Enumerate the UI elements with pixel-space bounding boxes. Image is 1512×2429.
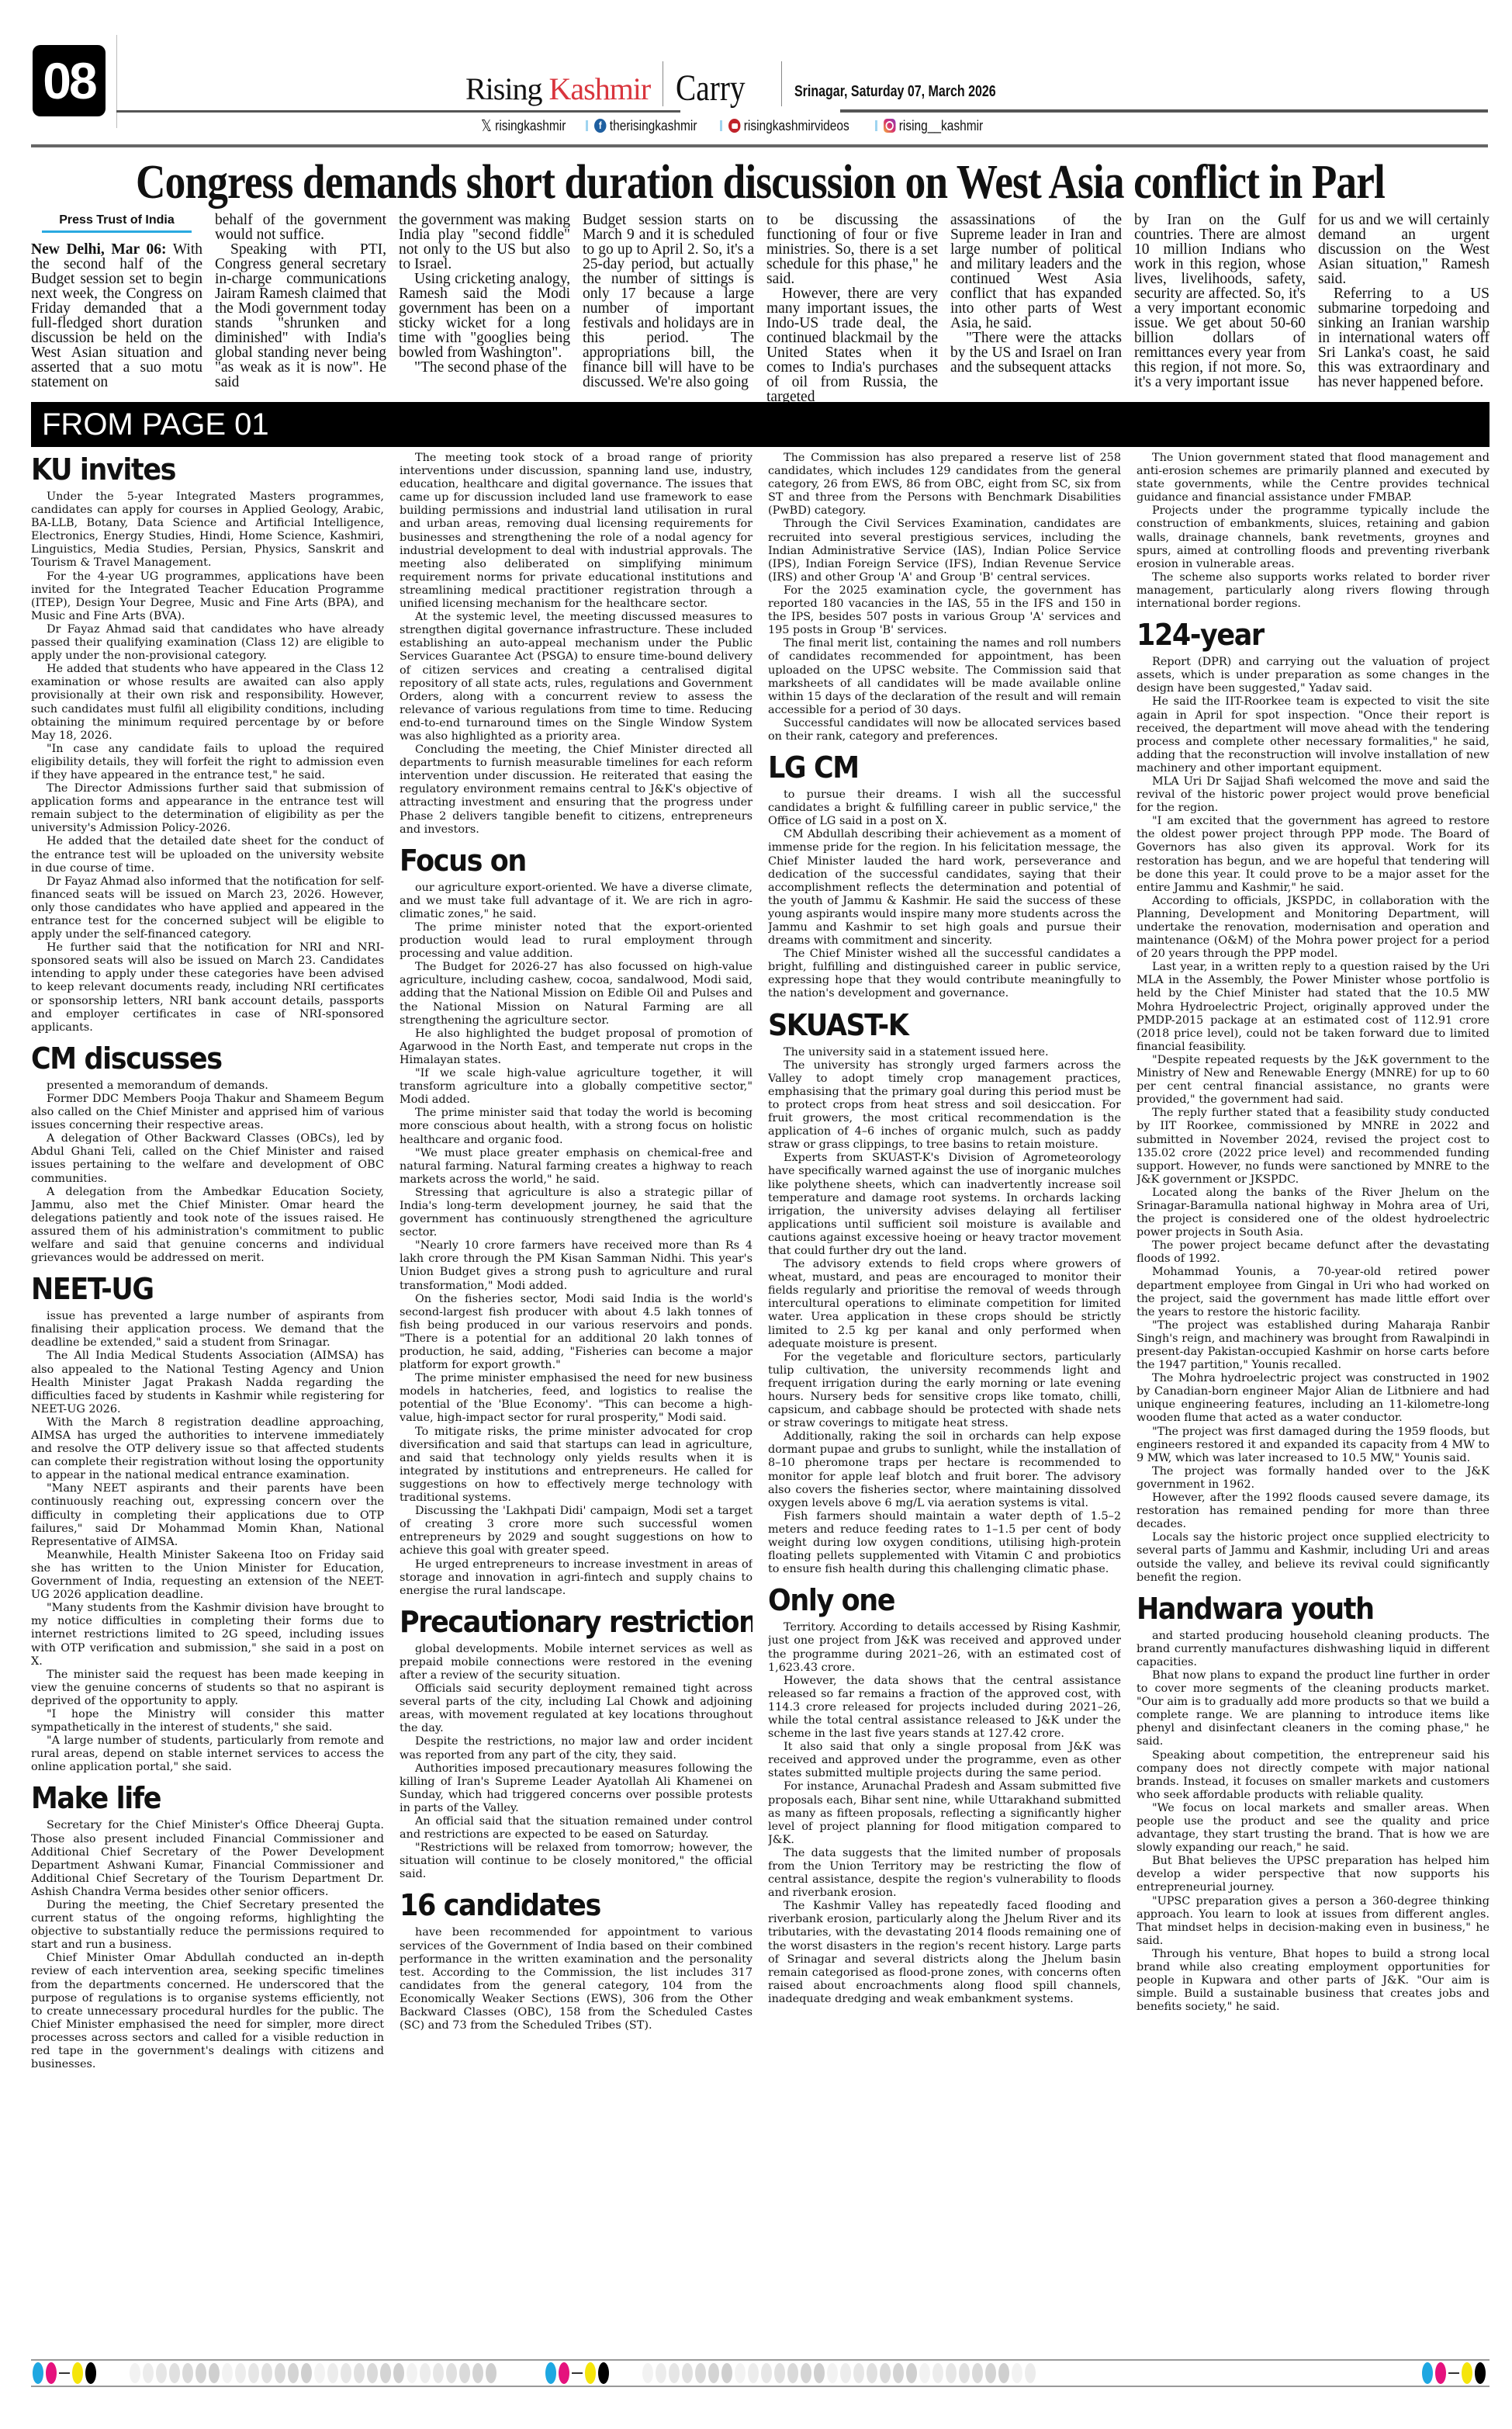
lead-column: by Iran on the Gulf countries. There are… — [1134, 213, 1306, 404]
tint-swatch — [354, 2363, 365, 2383]
paragraph: Stressing that agriculture is also a str… — [400, 1187, 753, 1239]
tint-swatch — [840, 2363, 851, 2383]
paragraph: Fish farmers should maintain a water dep… — [768, 1510, 1121, 1576]
tint-swatch — [972, 2363, 983, 2383]
paragraph: For the vegetable and floriculture secto… — [768, 1351, 1121, 1431]
social-handle: rising__kashmir — [899, 118, 983, 134]
registration-mark — [1448, 2372, 1459, 2374]
x-icon: 𝕏 — [481, 116, 492, 135]
tint-swatch — [695, 2363, 706, 2383]
paragraph: presented a memorandum of demands. — [31, 1079, 384, 1093]
paragraph: Last year, in a written reply to a quest… — [1137, 961, 1490, 1054]
paragraph: With the second half of the Budget sessi… — [31, 241, 202, 390]
social-handle: therisingkashmir — [610, 118, 697, 134]
registration-mark — [59, 2372, 70, 2374]
paragraph: The reply further stated that a feasibil… — [1137, 1107, 1490, 1187]
tint-swatch — [393, 2363, 404, 2383]
tint-swatch — [486, 2363, 497, 2383]
paragraph: The Commission has also prepared a reser… — [768, 452, 1121, 518]
lead-column: to be discussing the functioning of four… — [766, 213, 938, 404]
paragraph: To mitigate risks, the prime minister ad… — [400, 1426, 753, 1506]
tint-swatch — [169, 2363, 180, 2383]
story-subheading: Handwara youth — [1137, 1591, 1462, 1627]
tint-swatch — [248, 2363, 259, 2383]
tint-swatch — [327, 2363, 338, 2383]
tint-swatch — [288, 2363, 299, 2383]
registration-mark — [572, 2372, 583, 2374]
paragraph: The prime minister emphasised the need f… — [400, 1372, 753, 1425]
paragraph: The Mohra hydroelectric project was cons… — [1137, 1372, 1490, 1425]
paragraph: "We focus on local markets and smaller a… — [1137, 1802, 1490, 1855]
tint-swatch — [222, 2363, 233, 2383]
paragraph: for us and we will certainly demand an u… — [1318, 213, 1490, 286]
color-swatch — [85, 2362, 96, 2384]
paragraph: He added that students who have appeared… — [31, 663, 384, 743]
divider — [116, 110, 680, 113]
page-number-badge: 08 — [33, 45, 106, 116]
paragraph: our agriculture export-oriented. We have… — [400, 882, 753, 921]
paragraph: It also said that only a single proposal… — [768, 1741, 1121, 1780]
tint-swatch — [380, 2363, 391, 2383]
tint-swatch — [761, 2363, 772, 2383]
tint-swatch — [867, 2363, 877, 2383]
tint-swatch — [367, 2363, 378, 2383]
story-subheading: CM discusses — [31, 1041, 356, 1076]
byline: Press Trust of India — [42, 213, 192, 233]
paragraph: Additionally, raking the soil in orchard… — [768, 1430, 1121, 1510]
tint-swatch — [708, 2363, 719, 2383]
brand-name-part2: Kashmir — [548, 71, 650, 106]
brand-name-part1: Rising — [465, 71, 541, 106]
paragraph: "Nearly 10 crore farmers have received m… — [400, 1239, 753, 1292]
paragraph: The data suggests that the limited numbe… — [768, 1847, 1121, 1900]
instagram-icon — [884, 119, 895, 133]
story-subheading: NEET-UG — [31, 1271, 356, 1307]
paragraph: For the 4-year UG programmes, applicatio… — [31, 570, 384, 623]
paragraph: Using cricketing analogy, Ramesh said th… — [399, 272, 570, 360]
paragraph: "Despite repeated requests by the J&K go… — [1137, 1054, 1490, 1107]
paragraph: "The project was established during Maha… — [1137, 1319, 1490, 1372]
divider — [586, 120, 588, 131]
paragraph: An official said that the situation rema… — [400, 1815, 753, 1842]
tint-swatch — [669, 2363, 680, 2383]
story-subheading: Focus on — [400, 843, 725, 878]
paragraph: global developments. Mobile internet ser… — [400, 1643, 753, 1682]
story-subheading: Make life — [31, 1780, 356, 1816]
paragraph: Meanwhile, Health Minister Sakeena Itoo … — [31, 1549, 384, 1602]
paragraph: "Many students from the Kashmir division… — [31, 1602, 384, 1668]
paragraph: The prime minister said that today the w… — [400, 1107, 753, 1146]
divider — [31, 144, 1488, 147]
paragraph: and started producing household cleaning… — [1137, 1630, 1490, 1669]
paragraph: Through his venture, Bhat hopes to build… — [1137, 1948, 1490, 2014]
paragraph: "Restrictions will be relaxed from tomor… — [400, 1842, 753, 1881]
paragraph: "If we scale high-value agriculture toge… — [400, 1067, 753, 1107]
social-facebook[interactable]: f therisingkashmir — [594, 118, 697, 134]
paragraph: On the fisheries sector, Modi said India… — [400, 1293, 753, 1373]
divider — [875, 120, 877, 131]
paragraph: Speaking with PTI, Congress general secr… — [215, 242, 386, 390]
paragraph: Under the 5-year Integrated Masters prog… — [31, 490, 384, 570]
body-column-2: The meeting took stock of a broad range … — [400, 452, 753, 2345]
color-swatch — [1462, 2362, 1472, 2384]
tint-swatch — [735, 2363, 746, 2383]
story-subheading: LG CM — [768, 750, 1093, 785]
paragraph: issue has prevented a large number of as… — [31, 1310, 384, 1350]
paragraph: Dr Fayaz Ahmad said that candidates who … — [31, 623, 384, 663]
paragraph: Despite the restrictions, no major law a… — [400, 1735, 753, 1762]
tint-swatch — [748, 2363, 759, 2383]
divider — [116, 35, 117, 128]
tint-swatch — [682, 2363, 693, 2383]
story-subheading: Only one — [768, 1582, 1093, 1618]
social-handle: risingkashmirvideos — [744, 118, 849, 134]
tint-swatch — [314, 2363, 325, 2383]
tint-swatch — [195, 2363, 206, 2383]
story-subheading: SKUAST-K — [768, 1007, 1093, 1043]
tint-swatch — [959, 2363, 970, 2383]
divider — [720, 120, 722, 131]
tint-swatch — [814, 2363, 825, 2383]
paragraph: "UPSC preparation gives a person a 360-d… — [1137, 1895, 1490, 1948]
color-swatch — [559, 2362, 569, 2384]
paragraph: MLA Uri Dr Sajjad Shafi welcomed the mov… — [1137, 775, 1490, 815]
color-swatch — [46, 2362, 57, 2384]
color-swatch — [1422, 2362, 1433, 2384]
tint-swatch — [906, 2363, 917, 2383]
paragraph: to pursue their dreams. I wish all the s… — [768, 788, 1121, 828]
paragraph: "A large number of students, particularl… — [31, 1734, 384, 1774]
paragraph: Mohammad Younis, a 70-year-old retired p… — [1137, 1266, 1490, 1318]
paragraph: Projects under the programme typically i… — [1137, 504, 1490, 570]
tint-swatch — [156, 2363, 167, 2383]
paragraph: A delegation of Other Backward Classes (… — [31, 1132, 384, 1185]
body-column-1: KU invitesUnder the 5-year Integrated Ma… — [31, 452, 384, 2345]
dateline: Srinagar, Saturday 07, March 2026 — [794, 83, 996, 101]
tint-swatch — [459, 2363, 470, 2383]
paragraph: The university said in a statement issue… — [768, 1046, 1121, 1059]
tint-swatch — [182, 2363, 193, 2383]
paragraph: Referring to a US submarine torpedoing a… — [1318, 286, 1490, 390]
paragraph: However, after the 1992 floods caused se… — [1137, 1492, 1490, 1531]
tint-swatch — [893, 2363, 904, 2383]
tint-swatch — [919, 2363, 930, 2383]
paragraph: Through the Civil Services Examination, … — [768, 518, 1121, 584]
paragraph: He further said that the notification fo… — [31, 941, 384, 1034]
paragraph: assassinations of the Supreme leader in … — [950, 213, 1122, 331]
paragraph: Speaking about competition, the entrepre… — [1137, 1749, 1490, 1802]
tint-swatch — [721, 2363, 732, 2383]
tint-swatch — [209, 2363, 220, 2383]
paragraph: According to officials, JKSPDC, in colla… — [1137, 895, 1490, 961]
social-handle: risingkashmir — [495, 118, 566, 134]
facebook-icon: f — [594, 119, 606, 133]
paragraph: The final merit list, containing the nam… — [768, 637, 1121, 717]
paragraph: The meeting took stock of a broad range … — [400, 452, 753, 611]
paragraph: The prime minister noted that the export… — [400, 921, 753, 961]
story-subheading: KU invites — [31, 452, 356, 487]
tint-swatch — [143, 2363, 154, 2383]
paragraph: He said the IIT-Roorkee team is expected… — [1137, 695, 1490, 775]
color-swatch — [585, 2362, 596, 2384]
tint-swatch — [853, 2363, 864, 2383]
tint-swatch — [341, 2363, 351, 2383]
color-swatch — [598, 2362, 609, 2384]
story-subheading: Precautionary restrictions — [400, 1604, 725, 1640]
tint-swatch — [946, 2363, 957, 2383]
paragraph: He also highlighted the budget proposal … — [400, 1027, 753, 1067]
paragraph: the government was making India play "se… — [399, 213, 570, 272]
divider — [663, 61, 663, 106]
paragraph: "I hope the Ministry will consider this … — [31, 1708, 384, 1734]
body-column-3: The Commission has also prepared a reser… — [768, 452, 1121, 2345]
story-subheading: 124-year — [1137, 617, 1462, 653]
tint-swatch — [420, 2363, 431, 2383]
social-x[interactable]: 𝕏 risingkashmir — [481, 116, 566, 135]
paragraph: The advisory extends to field crops wher… — [768, 1258, 1121, 1351]
paragraph: "The project was first damaged during th… — [1137, 1426, 1490, 1465]
tint-swatch — [407, 2363, 417, 2383]
color-swatch — [1435, 2362, 1446, 2384]
masthead: Rising Kashmir Carry Srinagar, Saturday … — [465, 61, 1047, 107]
tint-swatch — [1025, 2363, 1036, 2383]
paragraph: However, there are very many important i… — [766, 286, 938, 404]
tint-swatch — [656, 2363, 666, 2383]
paragraph: But Bhat believes the UPSC preparation h… — [1137, 1855, 1490, 1894]
lead-headline: Congress demands short duration discussi… — [133, 155, 1388, 210]
paragraph: Budget session starts on March 9 and it … — [583, 213, 754, 390]
paragraph: However, the data shows that the central… — [768, 1675, 1121, 1741]
paragraph: The Union government stated that flood m… — [1137, 452, 1490, 504]
tint-swatch — [1012, 2363, 1022, 2383]
paragraph: The Director Admissions further said tha… — [31, 782, 384, 835]
paragraph: Secretary for the Chief Minister's Offic… — [31, 1819, 384, 1899]
tint-swatch — [932, 2363, 943, 2383]
social-handles: 𝕏 risingkashmir f therisingkashmir risin… — [481, 116, 999, 135]
social-instagram[interactable]: rising__kashmir — [884, 118, 983, 134]
paragraph: The Kashmir Valley has repeatedly faced … — [768, 1900, 1121, 2006]
paragraph: Experts from SKUAST-K's Division of Agro… — [768, 1152, 1121, 1258]
tint-swatch — [235, 2363, 246, 2383]
paragraph: Discussing the 'Lakhpati Didi' campaign,… — [400, 1505, 753, 1558]
continued-stories: KU invitesUnder the 5-year Integrated Ma… — [31, 452, 1490, 2345]
paragraph: "The second phase of the — [399, 360, 570, 375]
tint-swatch — [774, 2363, 785, 2383]
tint-swatch — [301, 2363, 312, 2383]
tint-swatch — [998, 2363, 1009, 2383]
paragraph: "I am excited that the government has ag… — [1137, 815, 1490, 895]
lead-story: Press Trust of India New Delhi, Mar 06: … — [31, 213, 1490, 395]
paragraph: "In case any candidate fails to upload t… — [31, 743, 384, 782]
paragraph: The minister said the request has been m… — [31, 1668, 384, 1708]
tint-swatch — [446, 2363, 457, 2383]
paragraph: During the meeting, the Chief Secretary … — [31, 1899, 384, 1952]
paragraph: The Budget for 2026-27 has also focussed… — [400, 961, 753, 1027]
paragraph: The university has strongly urged farmer… — [768, 1059, 1121, 1152]
paragraph: Chief Minister Omar Abdullah conducted a… — [31, 1952, 384, 2071]
paragraph: "There were the attacks by the US and Is… — [950, 331, 1122, 375]
divider — [781, 61, 782, 106]
tint-swatch — [787, 2363, 798, 2383]
paragraph: "Many NEET aspirants and their parents h… — [31, 1482, 384, 1548]
tint-swatch — [801, 2363, 811, 2383]
story-dateline: New Delhi, Mar 06: — [31, 241, 166, 258]
lead-column: for us and we will certainly demand an u… — [1318, 213, 1490, 404]
color-swatch — [72, 2362, 83, 2384]
tint-swatch — [472, 2363, 483, 2383]
lead-column: the government was making India play "se… — [399, 213, 570, 404]
paragraph: "We must place greater emphasis on chemi… — [400, 1147, 753, 1187]
lead-column: Budget session starts on March 9 and it … — [583, 213, 754, 404]
paragraph: Territory. According to details accessed… — [768, 1621, 1121, 1674]
paragraph: CM Abdullah describing their achievement… — [768, 828, 1121, 948]
paragraph: to be discussing the functioning of four… — [766, 213, 938, 286]
story-subheading: 16 candidates — [400, 1887, 725, 1923]
divider — [840, 109, 1488, 113]
paragraph: The All India Medical Students Associati… — [31, 1350, 384, 1415]
tint-swatch — [130, 2363, 140, 2383]
paragraph: Report (DPR) and carrying out the valuat… — [1137, 656, 1490, 695]
color-swatch — [1475, 2362, 1486, 2384]
tint-swatch — [827, 2363, 838, 2383]
paragraph: The scheme also supports works related t… — [1137, 571, 1490, 611]
paragraph: For the 2025 examination cycle, the gove… — [768, 584, 1121, 637]
paragraph: Dr Fayaz Ahmad also informed that the no… — [31, 875, 384, 941]
tint-swatch — [433, 2363, 444, 2383]
paragraph: Successful candidates will now be alloca… — [768, 717, 1121, 743]
print-color-bar — [31, 2359, 1490, 2387]
paragraph: For instance, Arunachal Pradesh and Assa… — [768, 1780, 1121, 1846]
paragraph: Bhat now plans to expand the product lin… — [1137, 1669, 1490, 1749]
lead-column: Press Trust of India New Delhi, Mar 06: … — [31, 213, 202, 404]
paragraph: The project was formally handed over to … — [1137, 1465, 1490, 1492]
social-youtube[interactable]: risingkashmirvideos — [728, 118, 849, 134]
paragraph: He added that the detailed date sheet fo… — [31, 835, 384, 875]
paragraph: The power project became defunct after t… — [1137, 1239, 1490, 1266]
color-swatch — [33, 2362, 43, 2384]
paragraph: Officials said security deployment remai… — [400, 1682, 753, 1735]
section-banner-from-page: FROM PAGE 01 — [31, 402, 1490, 447]
paragraph: Former DDC Members Pooja Thakur and Sham… — [31, 1093, 384, 1132]
paragraph: With the March 8 registration deadline a… — [31, 1416, 384, 1482]
paragraph: by Iran on the Gulf countries. There are… — [1134, 213, 1306, 390]
paragraph: behalf of the government would not suffi… — [215, 213, 386, 242]
tint-swatch — [880, 2363, 891, 2383]
lead-column: behalf of the government would not suffi… — [215, 213, 386, 404]
youtube-icon — [728, 119, 740, 133]
paragraph: At the systemic level, the meeting discu… — [400, 611, 753, 743]
tint-swatch — [261, 2363, 272, 2383]
paragraph: have been recommended for appointment to… — [400, 1926, 753, 2032]
tint-swatch — [642, 2363, 653, 2383]
color-swatch — [545, 2362, 556, 2384]
tint-swatch — [985, 2363, 996, 2383]
paragraph: Locals say the historic project once sup… — [1137, 1531, 1490, 1584]
paragraph: Authorities imposed precautionary measur… — [400, 1762, 753, 1815]
paragraph: A delegation from the Ambedkar Education… — [31, 1186, 384, 1266]
paragraph: He urged entrepreneurs to increase inves… — [400, 1558, 753, 1598]
tint-swatch — [275, 2363, 285, 2383]
lead-column: assassinations of the Supreme leader in … — [950, 213, 1122, 404]
body-column-4: The Union government stated that flood m… — [1137, 452, 1490, 2345]
paragraph: Located along the banks of the River Jhe… — [1137, 1187, 1490, 1239]
paragraph: Concluding the meeting, the Chief Minist… — [400, 743, 753, 837]
brand-logo[interactable]: Rising Kashmir — [465, 71, 650, 107]
paragraph: The Chief Minister wished all the succes… — [768, 948, 1121, 1000]
section-name: Carry — [676, 70, 752, 107]
